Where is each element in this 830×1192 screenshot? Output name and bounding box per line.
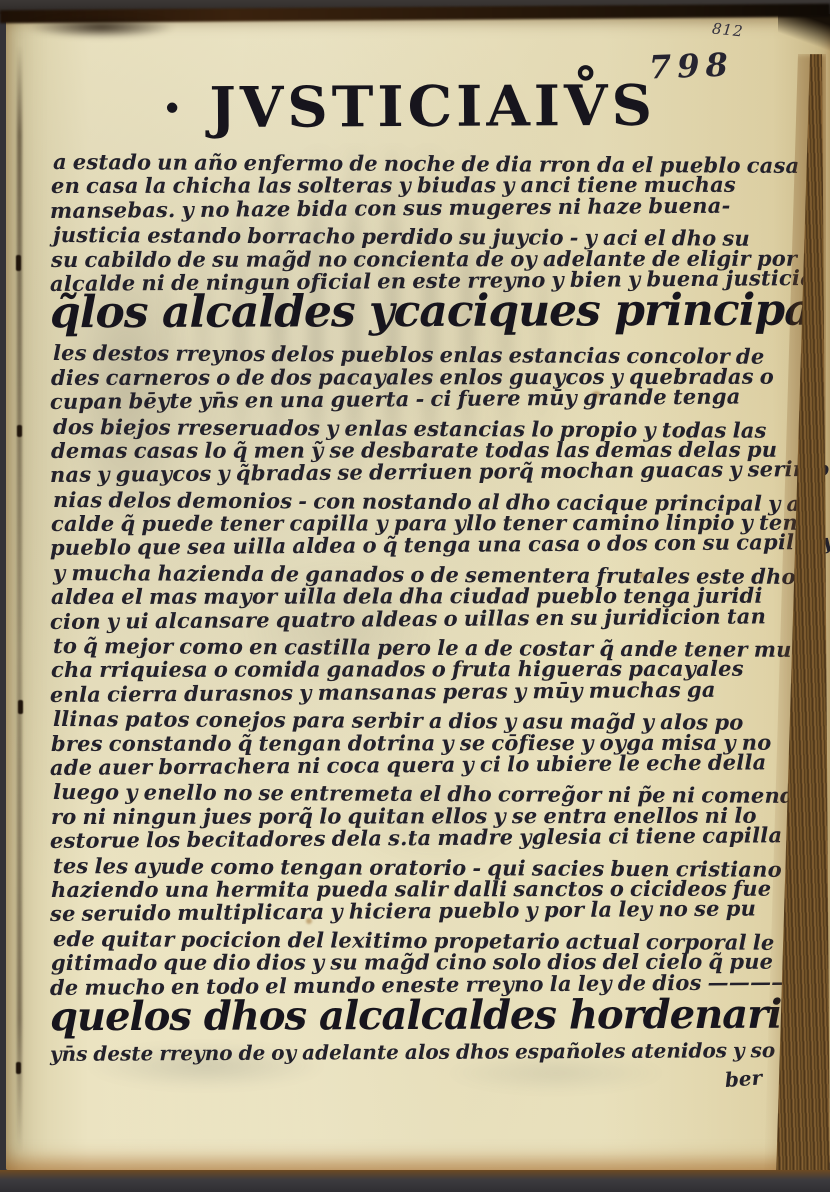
manuscript-text-line: nas y guaycos y q̃bradas se derriuen por… bbox=[50, 458, 768, 488]
manuscript-text-line: se seruido multiplicara y hiciera pueblo… bbox=[50, 897, 768, 927]
page-content: 812 798 · JVSTICIAIV̊S a estado un año e… bbox=[50, 13, 768, 1170]
binding-shadow-blob bbox=[26, 16, 176, 38]
binding-bottom-strip bbox=[0, 1170, 830, 1192]
gutter-stitch-mark bbox=[16, 255, 21, 271]
section-heading-alcaldes-hordenarios: quelos dhos alcalcaldes hordenarios bbox=[50, 993, 768, 1042]
gutter-stitch-mark bbox=[16, 1062, 21, 1074]
manuscript-text-line: cupan bēyte yn̄s en una guerta - ci fuer… bbox=[50, 384, 768, 414]
manuscript-text-line: enla cierra durasnos y mansanas peras y … bbox=[50, 677, 768, 707]
manuscript-page: 812 798 · JVSTICIAIV̊S a estado un año e… bbox=[6, 13, 830, 1170]
manuscript-text-line: yn̄s deste rreyno de oy adelante alos dh… bbox=[50, 1038, 768, 1067]
gutter-stitch-mark bbox=[17, 425, 22, 437]
manuscript-text-line: ade auer borrachera ni coca quera y ci l… bbox=[50, 750, 768, 780]
main-paragraph: les destos rreynos delos pueblos enlas e… bbox=[50, 341, 768, 1000]
manuscript-text-line: mansebas. y no haze bida con sus mugeres… bbox=[50, 193, 768, 223]
gutter-stitch-mark bbox=[18, 700, 23, 714]
manuscript-photo: 812 798 · JVSTICIAIV̊S a estado un año e… bbox=[0, 0, 830, 1192]
manuscript-text-line: pueblo que sea uilla aldea o q̃ tenga un… bbox=[50, 531, 768, 561]
catchword: ber bbox=[51, 1065, 769, 1139]
intro-paragraph: a estado un año enfermo de noche de dia … bbox=[50, 150, 768, 296]
manuscript-text-line: cion y ui alcansare quatro aldeas o uill… bbox=[50, 604, 768, 634]
section-heading-alcaldes-caciques: q̃los alcaldes ycaciques principa bbox=[50, 288, 768, 339]
gutter-crease bbox=[17, 46, 22, 1152]
manuscript-text-line: estorue los becitadores dela s.ta madre … bbox=[50, 824, 768, 854]
